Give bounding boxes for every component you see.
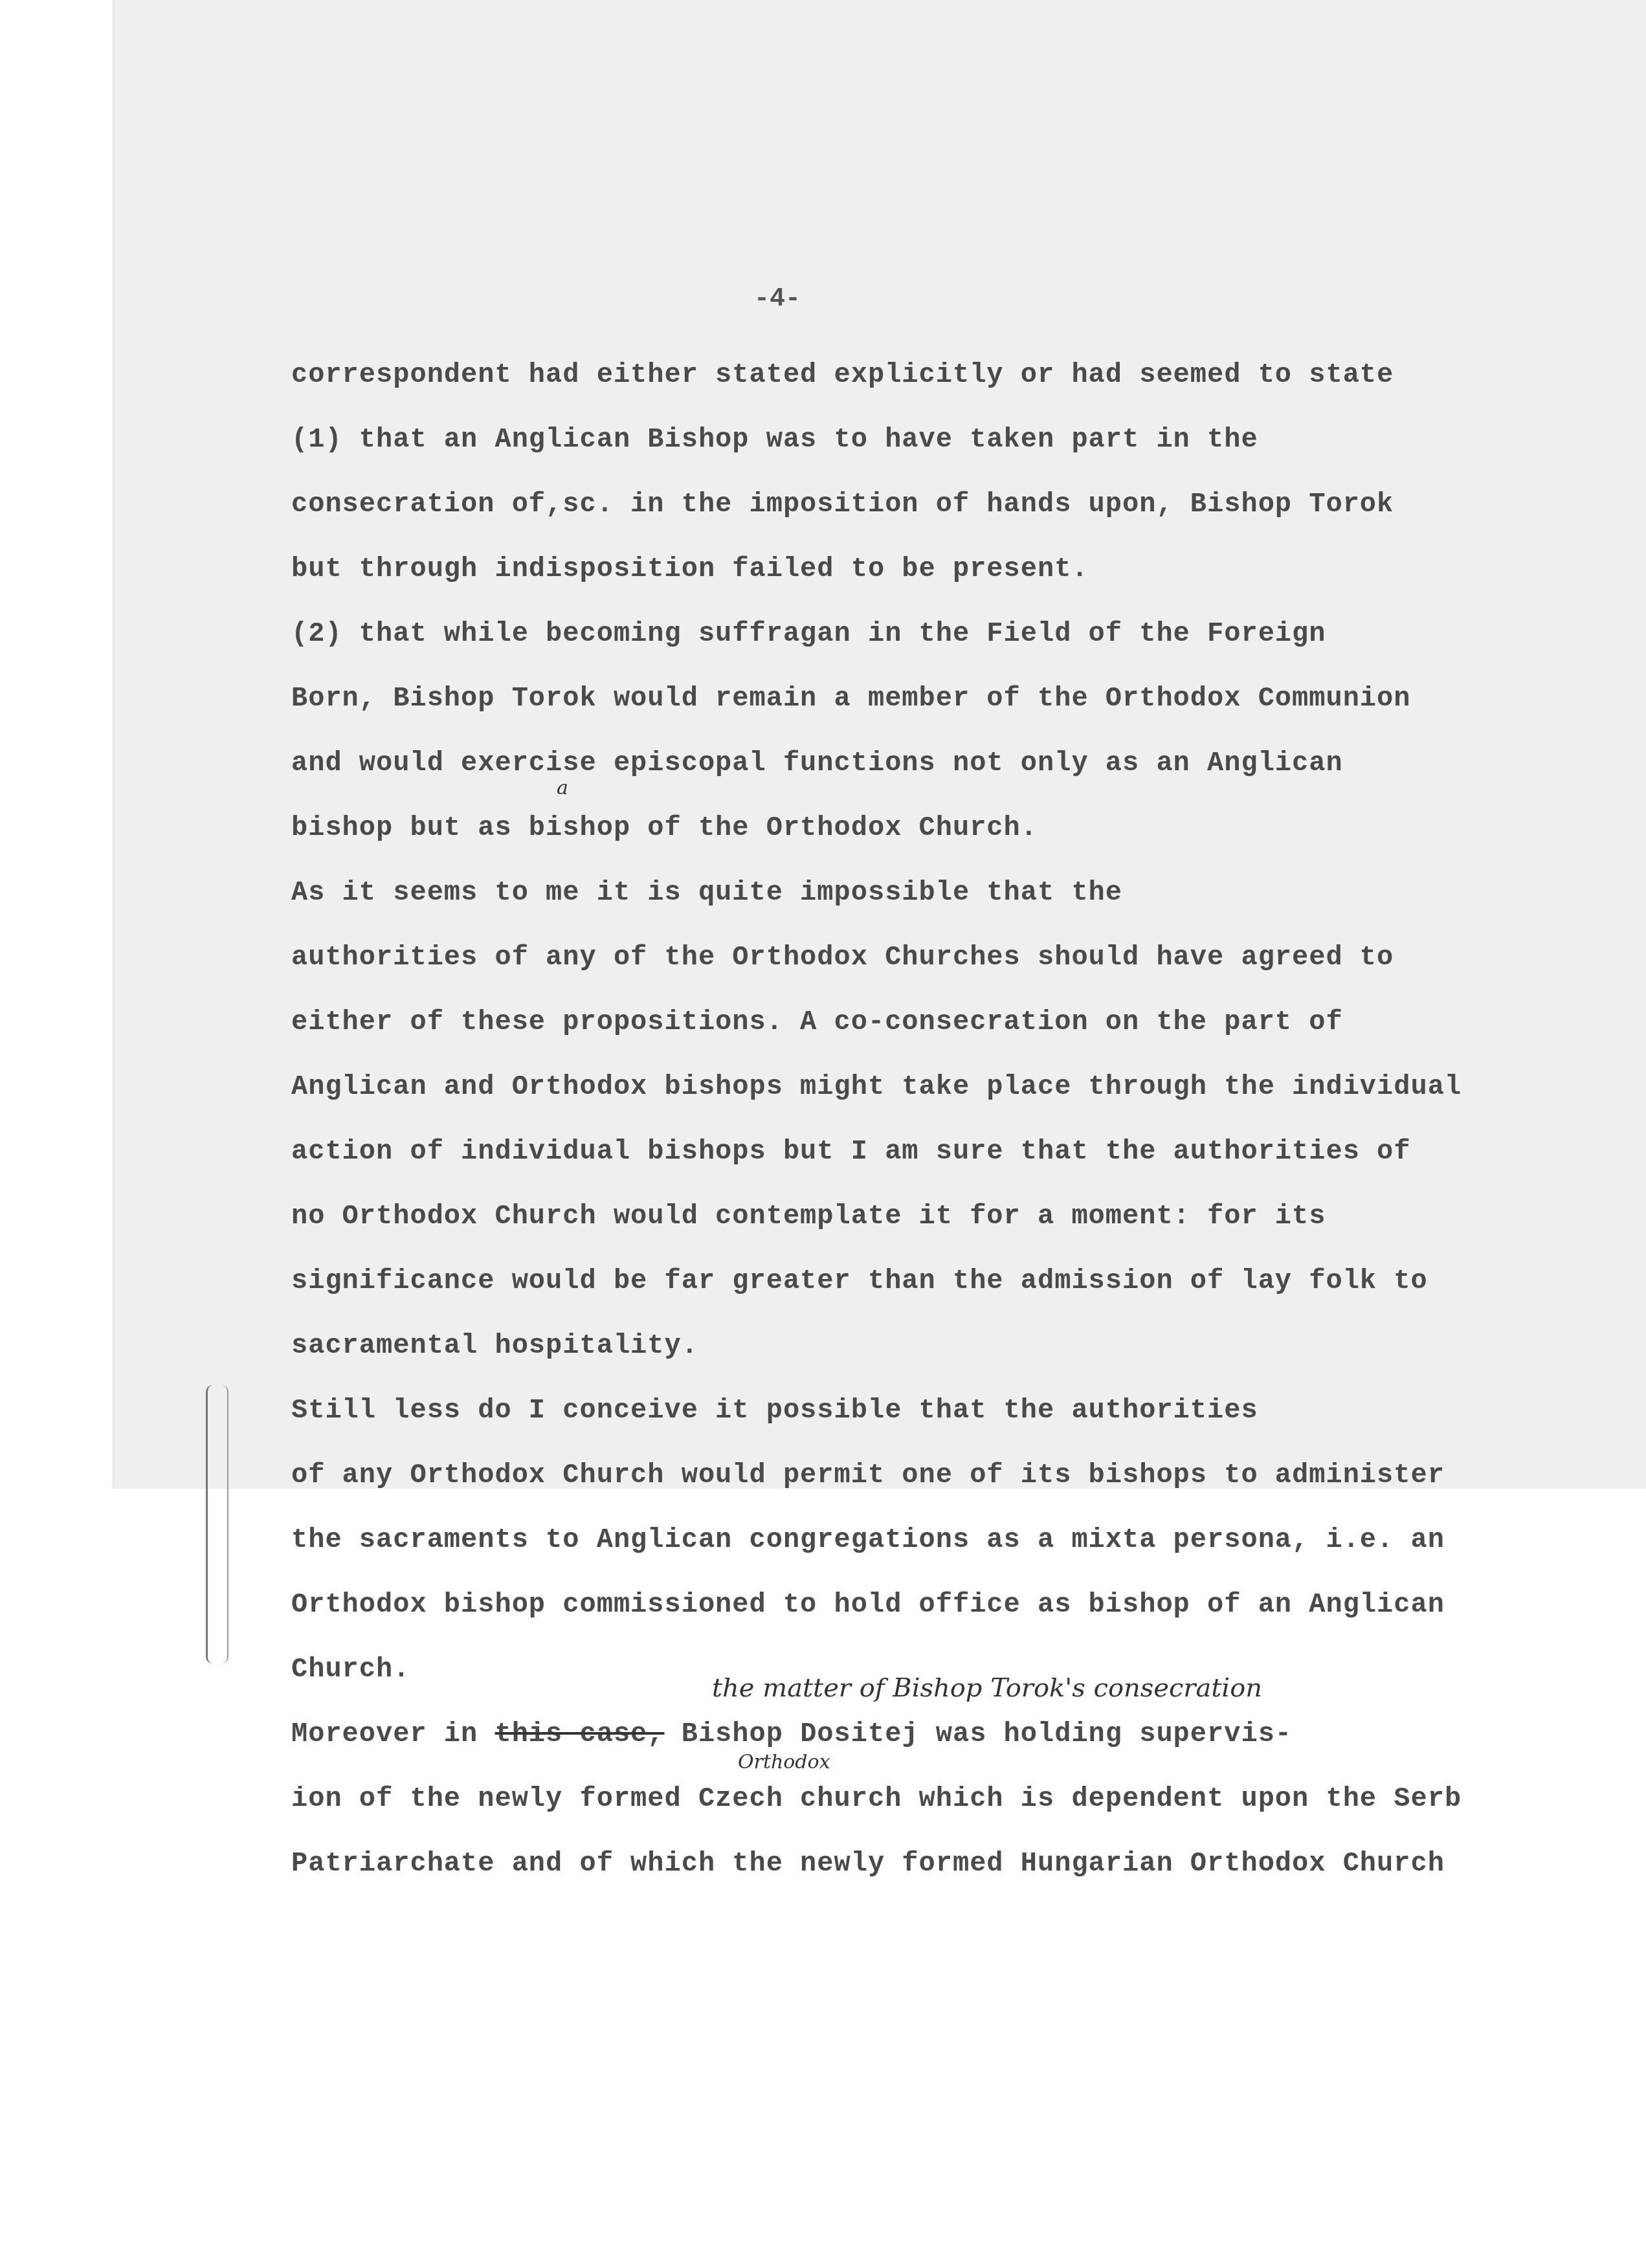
text-line: bishop but as bishop of the Orthodox Chu… — [291, 812, 1038, 843]
text-line: of any Orthodox Church would permit one … — [291, 1460, 1445, 1491]
text-line: Still less do I conceive it possible tha… — [291, 1395, 1258, 1426]
text-line: significance would be far greater than t… — [291, 1265, 1428, 1296]
handwritten-insert: Orthodox — [738, 1751, 830, 1773]
text-line: ion of the newly formed Czech church whi… — [291, 1783, 1462, 1814]
text-line: Born, Bishop Torok would remain a member… — [291, 683, 1410, 714]
text-line-moreover: Moreover in this case, Bishop Dositej wa… — [291, 1718, 1292, 1750]
text-line: action of individual bishops but I am su… — [291, 1136, 1410, 1167]
text-line: Patriarchate and of which the newly form… — [291, 1848, 1445, 1879]
text-line: either of these propositions. A co-conse… — [291, 1006, 1343, 1038]
text-line: authorities of any of the Orthodox Churc… — [291, 942, 1394, 973]
text-line: but through indisposition failed to be p… — [291, 553, 1089, 584]
struck-text: this case, — [495, 1718, 664, 1750]
text-line: the sacraments to Anglican congregations… — [291, 1524, 1445, 1555]
margin-mark — [206, 1385, 228, 1663]
text-line: no Orthodox Church would contemplate it … — [291, 1201, 1326, 1232]
text-line: correspondent had either stated explicit… — [291, 359, 1394, 390]
text-line: Church. — [291, 1654, 410, 1685]
handwritten-insert: the matter of Bishop Torok's consecratio… — [712, 1673, 1262, 1703]
text-line: and would exercise episcopal functions n… — [291, 748, 1343, 779]
text-line: (1) that an Anglican Bishop was to have … — [291, 424, 1258, 455]
handwritten-insert: a — [557, 777, 568, 799]
text-line: consecration of,sc. in the imposition of… — [291, 489, 1394, 520]
text-line: Anglican and Orthodox bishops might take… — [291, 1071, 1462, 1102]
page-number: -4- — [754, 285, 801, 314]
text-line: Orthodox bishop commissioned to hold off… — [291, 1589, 1445, 1620]
text-line: As it seems to me it is quite impossible… — [291, 877, 1122, 908]
text-line: (2) that while becoming suffragan in the… — [291, 618, 1326, 649]
text-line: sacramental hospitality. — [291, 1330, 698, 1361]
